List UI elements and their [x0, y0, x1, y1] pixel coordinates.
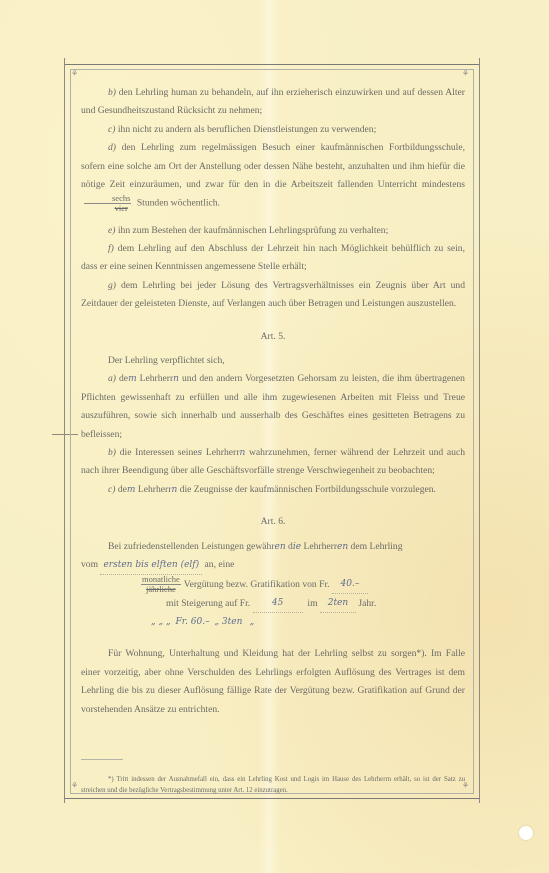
list-item-g: g) dem Lehrling bei jeder Lösung des Ver…: [81, 277, 465, 314]
article-5-item-a: a) dem Lehrherrn und den andern Vorgeset…: [81, 370, 465, 444]
punch-hole: [519, 826, 533, 840]
article-5-intro: Der Lehrling verpflichtet sich,: [81, 352, 465, 370]
article-6-heading: Art. 6.: [81, 513, 465, 531]
handwritten-entry: n: [173, 374, 179, 384]
handwritten-raise-amount: 45: [253, 594, 303, 613]
handwritten-entry: ie: [293, 542, 301, 552]
list-item-b: b) den Lehrling human zu behandeln, auf …: [81, 84, 465, 121]
payment-row-base: monatlichejährliche Vergütung bezw. Grat…: [141, 575, 465, 594]
article-5-item-c: c) dem Lehrherrn die Zeugnisse der kaufm…: [81, 481, 465, 499]
handwritten-entry: en: [337, 542, 348, 552]
corner-ornament-icon: ⚘: [71, 70, 78, 78]
handwritten-raise-year-2: „ 3ten: [214, 613, 242, 631]
right-frame-line: [479, 58, 480, 803]
article-5-item-b: b) die Interessen seines Lehrherrn wahrz…: [81, 444, 465, 481]
footnote: *) Tritt indessen der Ausnahmefall ein, …: [81, 774, 465, 796]
handwritten-entry: n: [239, 448, 245, 458]
document-body: b) den Lehrling human zu behandeln, auf …: [81, 84, 465, 796]
list-item-d: d) den Lehrling zum regelmässigen Besuch…: [81, 139, 465, 213]
article-6-grant-paragraph: Bei zufriedenstellenden Leistungen gewäh…: [81, 538, 465, 556]
handwritten-month-range: ersten bis elften (elf): [100, 556, 202, 575]
period-fraction: monatlichejährliche: [141, 575, 181, 594]
payment-row-raise-1: mit Steigerung auf Fr. 45 im 2ten Jahr.: [166, 594, 465, 613]
handwritten-raise-amount-2: Fr. 60.–: [176, 613, 210, 631]
payment-schedule: monatlichejährliche Vergütung bezw. Grat…: [141, 575, 465, 631]
article-6-from-month: vom ersten bis elften (elf) an, eine: [81, 556, 465, 575]
handwritten-entry: en: [275, 542, 286, 552]
list-item-c: c) ihn nicht zu andern als beruflichen D…: [81, 121, 465, 139]
handwritten-entry: m: [127, 485, 136, 495]
article-5-heading: Art. 5.: [81, 328, 465, 346]
corner-ornament-icon: ⚘: [71, 782, 78, 790]
footnote-divider: [81, 759, 123, 760]
hours-fraction: sechsvier: [84, 194, 131, 213]
handwritten-entry: m: [128, 374, 137, 384]
handwritten-entry: n: [171, 485, 177, 495]
list-item-e: e) ihn zum Bestehen der kaufmännischen L…: [81, 222, 465, 240]
list-item-f: f) dem Lehrling auf den Abschluss der Le…: [81, 240, 465, 277]
payment-row-raise-2: „ „ „ Fr. 60.– „ 3ten „: [151, 613, 465, 631]
corner-ornament-icon: ⚘: [462, 70, 469, 78]
article-6-lodging-paragraph: Für Wohnung, Unterhaltung und Kleidung h…: [81, 645, 465, 719]
left-frame-line: [64, 58, 65, 803]
handwritten-raise-year: 2ten: [320, 594, 356, 613]
handwritten-pay-amount: 40.–: [332, 575, 368, 594]
handwritten-entry: s: [198, 448, 203, 458]
